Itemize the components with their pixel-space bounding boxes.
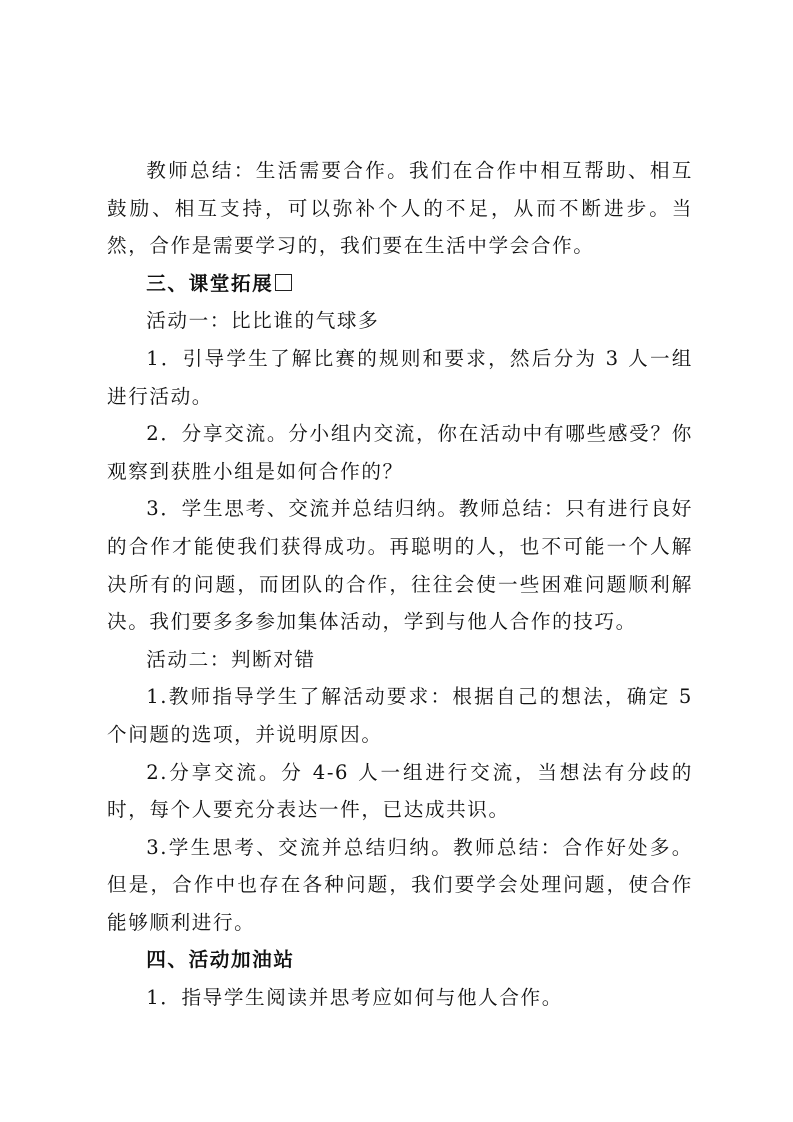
activity-station-step-1: 1．指导学生阅读并思考应如何与他人合作。 xyxy=(107,979,693,1017)
activity-two-title: 活动二：判断对错 xyxy=(107,641,693,679)
checkbox-glyph-icon xyxy=(275,274,292,291)
activity-two-step-1: 1.教师指导学生了解活动要求：根据自己的想法，确定 5 个问题的选项，并说明原因… xyxy=(107,678,693,753)
heading-activity-station: 四、活动加油站 xyxy=(107,941,693,979)
activity-one-step-1: 1．引导学生了解比赛的规则和要求，然后分为 3 人一组进行活动。 xyxy=(107,340,693,415)
document-page: 教师总结：生活需要合作。我们在合作中相互帮助、相互鼓励、相互支持，可以弥补个人的… xyxy=(107,152,693,1017)
heading-text: 三、课堂拓展 xyxy=(146,272,273,295)
paragraph-teacher-summary: 教师总结：生活需要合作。我们在合作中相互帮助、相互鼓励、相互支持，可以弥补个人的… xyxy=(107,152,693,265)
activity-two-step-3: 3.学生思考、交流并总结归纳。教师总结：合作好处多。但是，合作中也存在各种问题，… xyxy=(107,829,693,942)
activity-one-step-3: 3．学生思考、交流并总结归纳。教师总结：只有进行良好的合作才能使我们获得成功。再… xyxy=(107,490,693,640)
activity-one-step-2: 2．分享交流。分小组内交流，你在活动中有哪些感受？你观察到获胜小组是如何合作的？ xyxy=(107,415,693,490)
activity-one-title: 活动一：比比谁的气球多 xyxy=(107,302,693,340)
heading-classroom-extension: 三、课堂拓展 xyxy=(107,265,693,303)
activity-two-step-2: 2.分享交流。分 4-6 人一组进行交流，当想法有分歧的时，每个人要充分表达一件… xyxy=(107,754,693,829)
